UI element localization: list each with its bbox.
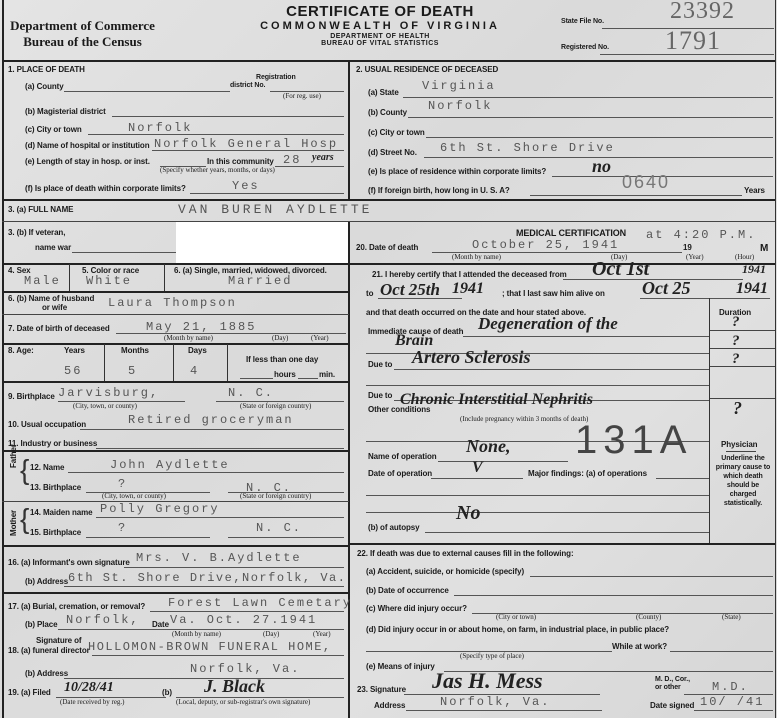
pregnancy-note: (Include pregnancy within 3 months of de… <box>460 415 588 423</box>
attended-from-year: 1941 <box>742 262 766 277</box>
fd-address-label: (b) Address <box>25 669 68 678</box>
autopsy-label: (b) of autopsy <box>368 523 419 532</box>
work-label: While at work? <box>612 642 667 651</box>
age-years-label: Years <box>64 346 85 355</box>
duration-4: ? <box>733 398 742 419</box>
op-date: V <box>472 459 483 477</box>
redacted-area <box>176 222 349 263</box>
burial-year-note: (Year) <box>313 630 331 638</box>
death-certificate: Department of Commerce Bureau of the Cen… <box>0 0 777 718</box>
burial-label: 17. (a) Burial, cremation, or removal? <box>8 602 145 611</box>
date-of-death: October 25, 1941 <box>472 238 619 252</box>
ext-county-note: (County) <box>636 613 661 621</box>
death-city: Norfolk <box>128 121 192 135</box>
res-city-label: (c) City or town <box>368 128 425 137</box>
mother-brace: { <box>20 504 29 534</box>
physician-sig-label: 23. Signature <box>357 685 406 694</box>
dept-health: DEPARTMENT OF HEALTH <box>230 33 530 40</box>
community-label: In this community <box>207 157 274 166</box>
res-county-label: (b) County <box>368 108 407 117</box>
community-length: 28 <box>283 153 301 167</box>
duration-2: ? <box>732 333 740 350</box>
reg-district-label: Registrationdistrict No. <box>230 74 296 90</box>
age-label: 8. Age: <box>8 346 34 355</box>
birthplace-label: 9. Birthplace <box>8 392 55 401</box>
father-bp-label: 13. Birthplace <box>30 483 81 492</box>
birthplace-state-note: (State or foreign country) <box>240 402 311 410</box>
dod-19: 19 <box>683 243 692 252</box>
bureau-vital: BUREAU OF VITAL STATISTICS <box>230 40 530 47</box>
community-unit: years <box>312 152 334 163</box>
burial-day-note: (Day) <box>263 630 279 638</box>
certificate-title: CERTIFICATE OF DEATH <box>230 3 530 20</box>
informant-address: 6th St. Shore Drive,Norfolk, Va. <box>68 571 346 585</box>
full-name-label: 3. (a) FULL NAME <box>8 205 73 214</box>
father-brace: { <box>20 455 29 485</box>
duration-1: ? <box>732 314 740 331</box>
commonwealth: COMMONWEALTH OF VIRGINIA <box>230 20 530 32</box>
registrar-signature: J. Black <box>204 676 265 697</box>
date-of-birth: May 21, 1885 <box>146 320 256 334</box>
res-corporate-label: (e) Is place of residence within corpora… <box>368 167 546 176</box>
attended-to-year: 1941 <box>452 280 484 298</box>
autopsy: No <box>456 502 480 525</box>
ext-state-note: (State) <box>722 613 741 621</box>
medical-heading: MEDICAL CERTIFICATION <box>516 228 626 238</box>
occurrence-label: (b) Date of occurrence <box>366 586 449 595</box>
burial-place-label: (b) Place <box>25 620 57 629</box>
full-name: VAN BUREN AYDLETTE <box>178 202 372 217</box>
due-to: Artero Sclerosis <box>412 347 531 368</box>
certify-label: 21. I hereby certify that I attended the… <box>372 270 567 279</box>
registrar-note: (Local, deputy, or sub-registrar's own s… <box>176 698 310 706</box>
burial-month-note: (Month by name) <box>172 630 221 638</box>
op-date-label: Date of operation <box>368 469 432 478</box>
mother-name-label: 14. Maiden name <box>30 508 93 517</box>
operation: None, <box>466 436 511 457</box>
industry-label: 11. Industry or business <box>8 439 97 448</box>
registered-label: Registered No. <box>561 44 609 51</box>
city-label: (c) City or town <box>25 125 82 134</box>
informant-signature: Mrs. V. B.Aydlette <box>136 551 302 565</box>
stay-label: (e) Length of stay in hosp. or inst. <box>25 157 150 166</box>
dod-hour-note: (Hour) <box>735 253 754 261</box>
means-label: (e) Means of injury <box>366 662 435 671</box>
age-days: 4 <box>190 364 199 378</box>
place-type-note: (Specify type of place) <box>460 652 524 660</box>
age-days-label: Days <box>188 346 207 355</box>
registrar-b-label: (b) <box>162 688 172 697</box>
mother-side-label: Mother <box>9 510 18 536</box>
date-signed-label: Date signed <box>650 701 694 710</box>
mother-bp-label: 15. Birthplace <box>30 528 81 537</box>
physician-address: Norfolk, Va. <box>440 695 550 709</box>
dob-year-note: (Year) <box>311 334 329 342</box>
dod-m: M <box>760 243 768 254</box>
age-months: 5 <box>128 364 137 378</box>
occupation: Retired groceryman <box>128 413 294 427</box>
dob-label: 7. Date of birth of deceased <box>8 324 110 333</box>
birthplace-city: Jarvisburg, <box>58 386 159 400</box>
reg-use-note: (For reg. use) <box>283 92 321 100</box>
date-signed: 10/ /41 <box>700 695 764 709</box>
time-of-death: at 4:20 P.M. <box>646 228 756 242</box>
min-label: min. <box>319 370 335 379</box>
state-file-no: 23392 <box>670 0 735 25</box>
father-name-label: 12. Name <box>30 463 64 472</box>
burial-date-label: Date <box>152 620 169 629</box>
res-street-label: (d) Street No. <box>368 148 417 157</box>
father-state-note: (State or foreign country) <box>240 492 311 500</box>
res-state: Virginia <box>422 79 496 93</box>
res-state-label: (a) State <box>368 88 399 97</box>
registered-no: 1791 <box>665 26 721 56</box>
findings-label: Major findings: (a) of operations <box>528 469 647 478</box>
funeral-director-label: 18. (a) funeral director <box>8 646 90 655</box>
due-to-2-label: Due to <box>368 391 392 400</box>
father-side-label: Father <box>9 444 18 468</box>
residence-heading: 2. USUAL RESIDENCE OF DECEASED <box>356 65 498 74</box>
place-of-death-heading: 1. PLACE OF DEATH <box>8 65 85 74</box>
birthplace-state: N. C. <box>228 386 274 400</box>
war-label: name war <box>35 243 71 252</box>
department-header: Department of Commerce Bureau of the Cen… <box>10 18 155 50</box>
accident-label: (a) Accident, suicide, or homicide (spec… <box>366 567 524 576</box>
home-label: (d) Did injury occur in or about home, o… <box>366 625 669 634</box>
md-label: M. D., Cor.,or other <box>655 676 690 692</box>
filed-label: 19. (a) Filed <box>8 688 51 697</box>
hospital-label: (d) Name of hospital or institution <box>25 141 150 150</box>
corporate-label: (f) Is place of death within corporate l… <box>25 184 186 193</box>
physician-address-label: Address <box>374 701 405 710</box>
burial: Forest Lawn Cemetary <box>168 596 352 610</box>
death-corporate: Yes <box>232 179 260 193</box>
other-conditions: Chronic Interstitial Nephritis <box>400 391 593 409</box>
mother-name: Polly Gregory <box>100 502 220 516</box>
sex: Male <box>24 274 61 288</box>
dept-commerce: Department of Commerce <box>10 18 155 34</box>
last-saw-label: ; that I last saw him alive on <box>502 289 605 298</box>
dod-label: 20. Date of death <box>356 243 418 252</box>
dob-month-note: (Month by name) <box>164 334 213 342</box>
father-name: John Aydlette <box>110 458 230 472</box>
foreign-label: (f) If foreign birth, how long in U. S. … <box>368 186 510 195</box>
filed-date: 10/28/41 <box>64 680 114 696</box>
veteran-label: 3. (b) If veteran, <box>8 228 65 237</box>
father-bp-city: ? <box>118 477 127 491</box>
informant-address-label: (b) Address <box>25 577 68 586</box>
burial-place: Norfolk, <box>66 613 140 627</box>
physician-note: Underline the primary cause to which dea… <box>714 454 772 508</box>
foreign-code: 0640 <box>622 172 670 193</box>
informant-sig-label: 16. (a) Informant's own signature <box>8 558 130 567</box>
last-saw-date: Oct 25 <box>642 278 691 299</box>
res-street: 6th St. Shore Drive <box>440 141 615 155</box>
dob-day-note: (Day) <box>272 334 288 342</box>
funeral-director: HOLLOMON-BROWN FUNERAL HOME, <box>88 640 332 654</box>
attended-to: Oct 25th <box>380 280 440 300</box>
county-label: (a) County <box>25 82 64 91</box>
due-to-label: Due to <box>368 360 392 369</box>
res-county: Norfolk <box>428 99 492 113</box>
res-corporate: no <box>592 156 611 177</box>
dod-year-note: (Year) <box>686 253 704 261</box>
certificate-title-block: CERTIFICATE OF DEATH COMMONWEALTH OF VIR… <box>230 3 530 47</box>
external-heading: 22. If death was due to external causes … <box>357 549 574 558</box>
fd-signature-label: Signature of <box>36 636 81 645</box>
specify-note: (Specify whether years, months, or days) <box>160 166 275 174</box>
bureau-census: Bureau of the Census <box>10 34 155 50</box>
hospital-name: Norfolk General Hosp <box>154 137 338 151</box>
last-saw-year: 1941 <box>736 280 768 298</box>
hours-label: hours <box>274 370 296 379</box>
dod-month-note: (Month by name) <box>452 253 501 261</box>
father-city-note: (City, town, or county) <box>102 492 166 500</box>
ext-city-note: (City or town) <box>496 613 536 621</box>
age-months-label: Months <box>121 346 149 355</box>
magisterial-label: (b) Magisterial district <box>25 107 106 116</box>
where-label: (c) Where did injury occur? <box>366 604 467 613</box>
state-file-label: State File No. <box>561 18 604 25</box>
age-years: 56 <box>64 364 82 378</box>
mother-bp-city: ? <box>118 521 127 535</box>
spouse-name: Laura Thompson <box>108 296 237 310</box>
mother-bp-state: N. C. <box>256 521 302 535</box>
cause-code: 131A <box>575 418 692 463</box>
to-label: to <box>366 289 373 298</box>
fd-address: Norfolk, Va. <box>190 662 300 676</box>
years-label: Years <box>744 186 765 195</box>
physician-signature: Jas H. Mess <box>432 668 543 694</box>
birthplace-city-note: (City, town, or county) <box>73 402 137 410</box>
marital-status: Married <box>228 274 292 288</box>
duration-3: ? <box>732 351 740 368</box>
physician-title: Physician <box>721 440 757 449</box>
md-value: M.D. <box>712 680 749 694</box>
occupation-label: 10. Usual occupation <box>8 420 86 429</box>
operation-label: Name of operation <box>368 452 437 461</box>
spouse-label: 6. (b) Name of husbandor wife <box>8 294 94 312</box>
race: White <box>86 274 132 288</box>
filed-note: (Date received by reg.) <box>60 698 125 706</box>
attended-from: Oct 1st <box>592 258 649 281</box>
less-day-label: If less than one day <box>246 355 318 364</box>
immediate-cause: Degeneration of the <box>478 314 618 334</box>
burial-date: Va. Oct. 27.1941 <box>170 613 317 627</box>
